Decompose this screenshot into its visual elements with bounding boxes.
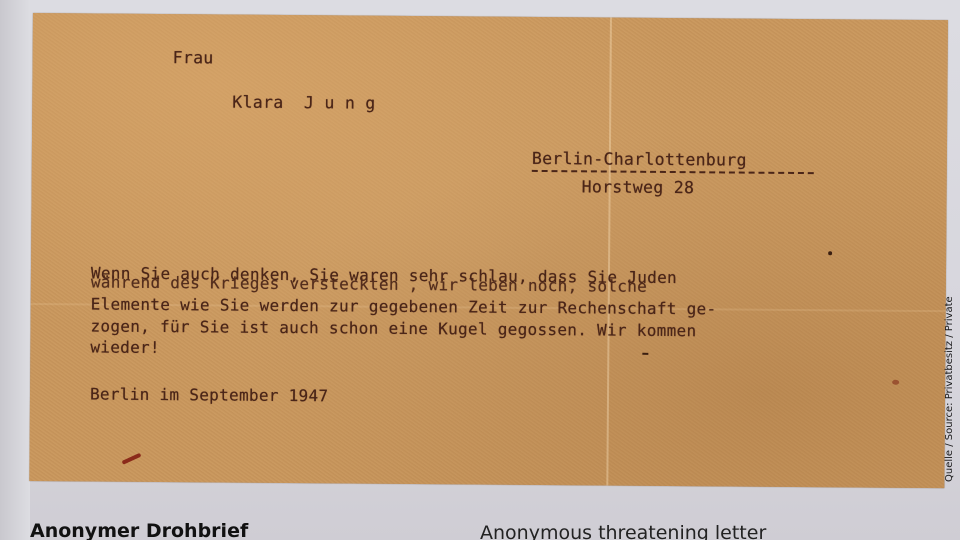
body-line-2: während des Krieges versteckten , wir le… (91, 272, 647, 295)
ink-stain (122, 453, 142, 465)
body-line-4: zogen, für Sie ist auch schon eine Kugel… (90, 316, 696, 340)
caption-german: Anonymer Drohbrief (30, 520, 248, 540)
recipient-name: Klara J u n g (232, 93, 375, 113)
body-line-3: Elemente wie Sie werden zur gegebenen Ze… (91, 294, 717, 318)
ink-dash (642, 353, 648, 355)
recipient-street: Horstweg 28 (582, 177, 695, 197)
paper-fold-vertical (606, 18, 612, 486)
body-line-5: wieder! (90, 337, 160, 357)
letter-document: Frau Klara J u n g Berlin-Charlottenburg… (29, 13, 948, 488)
ink-dot (828, 251, 832, 255)
ink-stain (892, 380, 899, 385)
page-margin (0, 0, 30, 540)
salutation: Frau (173, 48, 214, 67)
recipient-city: Berlin-Charlottenburg (532, 149, 747, 170)
caption-english: Anonymous threatening letter (480, 522, 766, 540)
place-date-line: Berlin im September 1947 (90, 384, 329, 405)
source-credit: Quelle / Source: Privatbesitz / Private (944, 296, 955, 482)
city-underline (532, 170, 814, 174)
